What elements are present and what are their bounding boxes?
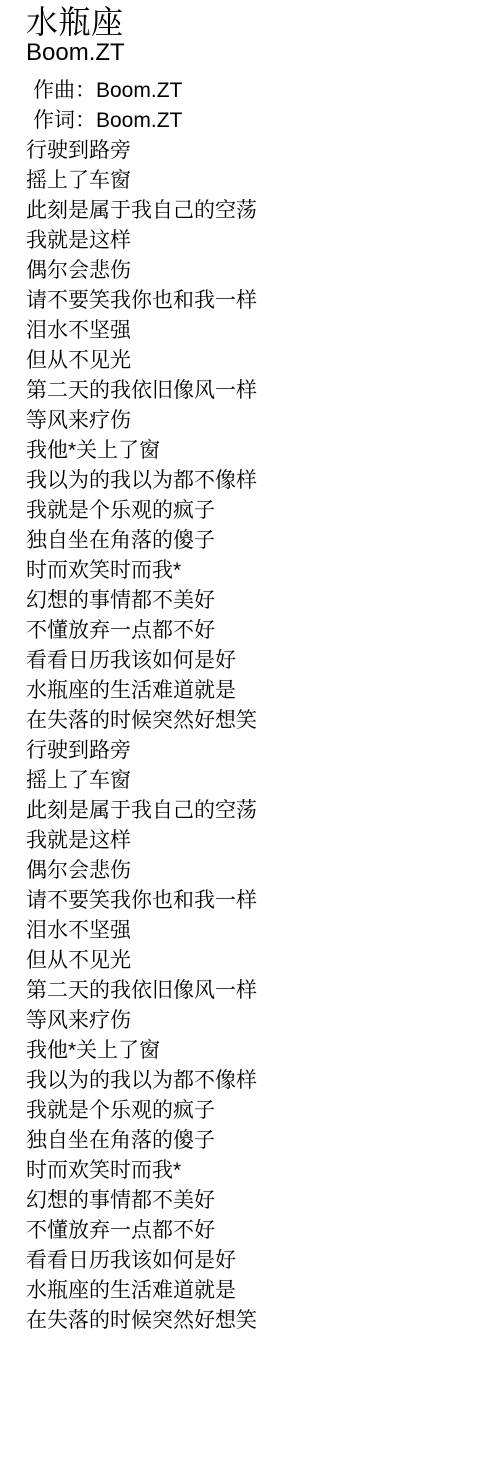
lyric-line: 我以为的我以为都不像样	[26, 466, 490, 496]
lyric-line: 行驶到路旁	[26, 136, 490, 166]
lyric-line: 在失落的时候突然好想笑	[26, 706, 490, 736]
credit-line: 作曲：Boom.ZT	[26, 76, 490, 106]
lyrics-page: 水瓶座 Boom.ZT 作曲：Boom.ZT作词：Boom.ZT 行驶到路旁摇上…	[0, 0, 500, 1336]
lyric-line: 在失落的时候突然好想笑	[26, 1306, 490, 1336]
lyric-line: 但从不见光	[26, 946, 490, 976]
lyric-line: 水瓶座的生活难道就是	[26, 676, 490, 706]
lyric-line: 摇上了车窗	[26, 766, 490, 796]
lyric-line: 幻想的事情都不美好	[26, 586, 490, 616]
lyrics-block: 行驶到路旁摇上了车窗此刻是属于我自己的空荡我就是这样偶尔会悲伤请不要笑我你也和我…	[26, 136, 490, 1336]
lyric-line: 看看日历我该如何是好	[26, 646, 490, 676]
lyric-line: 我就是这样	[26, 826, 490, 856]
credit-line: 作词：Boom.ZT	[26, 106, 490, 136]
lyric-line: 第二天的我依旧像风一样	[26, 976, 490, 1006]
lyric-line: 等风来疗伤	[26, 1006, 490, 1036]
lyric-line: 我他*关上了窗	[26, 1036, 490, 1066]
lyric-line: 我就是这样	[26, 226, 490, 256]
lyric-line: 此刻是属于我自己的空荡	[26, 796, 490, 826]
lyric-line: 看看日历我该如何是好	[26, 1246, 490, 1276]
lyric-line: 水瓶座的生活难道就是	[26, 1276, 490, 1306]
lyric-line: 此刻是属于我自己的空荡	[26, 196, 490, 226]
lyric-line: 摇上了车窗	[26, 166, 490, 196]
lyric-line: 独自坐在角落的傻子	[26, 526, 490, 556]
lyric-line: 我他*关上了窗	[26, 436, 490, 466]
lyric-line: 第二天的我依旧像风一样	[26, 376, 490, 406]
lyric-line: 时而欢笑时而我*	[26, 1156, 490, 1186]
lyric-line: 不懂放弃一点都不好	[26, 616, 490, 646]
credits-block: 作曲：Boom.ZT作词：Boom.ZT	[26, 76, 490, 136]
lyric-line: 独自坐在角落的傻子	[26, 1126, 490, 1156]
lyric-line: 请不要笑我你也和我一样	[26, 886, 490, 916]
lyric-line: 偶尔会悲伤	[26, 856, 490, 886]
lyric-line: 行驶到路旁	[26, 736, 490, 766]
lyric-line: 但从不见光	[26, 346, 490, 376]
lyric-line: 幻想的事情都不美好	[26, 1186, 490, 1216]
lyric-line: 我就是个乐观的疯子	[26, 496, 490, 526]
lyric-line: 时而欢笑时而我*	[26, 556, 490, 586]
lyric-line: 我就是个乐观的疯子	[26, 1096, 490, 1126]
lyric-line: 请不要笑我你也和我一样	[26, 286, 490, 316]
lyric-line: 我以为的我以为都不像样	[26, 1066, 490, 1096]
lyric-line: 泪水不坚强	[26, 916, 490, 946]
lyric-line: 等风来疗伤	[26, 406, 490, 436]
song-title: 水瓶座	[26, 4, 490, 40]
lyric-line: 不懂放弃一点都不好	[26, 1216, 490, 1246]
artist-name: Boom.ZT	[26, 40, 490, 66]
lyric-line: 泪水不坚强	[26, 316, 490, 346]
lyric-line: 偶尔会悲伤	[26, 256, 490, 286]
